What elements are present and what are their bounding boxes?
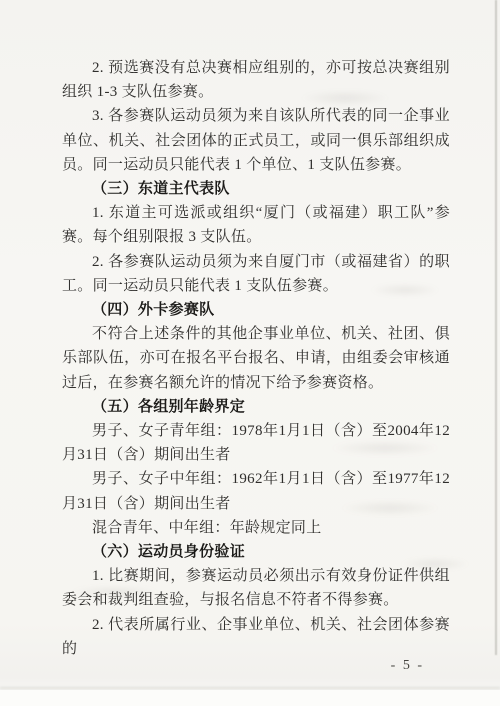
paragraph: 3. 各参赛队运动员须为来自该队所代表的同一企事业单位、机关、社会团体的正式员工…: [62, 104, 450, 177]
page-edge-shadow-bottom: [0, 687, 500, 689]
paragraph: 男子、女子青年组：1978年1月1日（含）至2004年12月31日（含）期间出生…: [62, 419, 450, 467]
paragraph: 不符合上述条件的其他企事业单位、机关、社团、俱乐部队伍，亦可在报名平台报名、申请…: [62, 322, 450, 395]
paragraph: 2. 代表所属行业、企事业单位、机关、社会团体参赛的: [62, 613, 450, 661]
paragraph: 混合青年、中年组：年龄规定同上: [62, 516, 450, 540]
paragraph: 1. 比赛期间，参赛运动员必须出示有效身份证件供组委会和裁判组查验，与报名信息不…: [62, 564, 450, 612]
section-heading: （六）运动员身份验证: [62, 540, 450, 564]
page-number: - 5 -: [391, 658, 424, 674]
scanned-document-page: 2. 预选赛没有总决赛相应组别的，亦可按总决赛组别组织 1-3 支队伍参赛。3.…: [0, 0, 500, 706]
section-heading: （三）东道主代表队: [62, 177, 450, 201]
paragraph: 男子、女子中年组：1962年1月1日（含）至1977年12月31日（含）期间出生…: [62, 467, 450, 515]
scanner-background-strip: [0, 690, 500, 706]
section-heading: （四）外卡参赛队: [62, 298, 450, 322]
paragraph: 2. 各参赛队运动员须为来自厦门市（或福建省）的职工。同一运动员只能代表 1 支…: [62, 250, 450, 298]
section-heading: （五）各组别年龄界定: [62, 395, 450, 419]
page-edge-shadow-right: [495, 0, 497, 655]
paragraph: 2. 预选赛没有总决赛相应组别的，亦可按总决赛组别组织 1-3 支队伍参赛。: [62, 56, 450, 104]
paragraph: 1. 东道主可选派或组织“厦门（或福建）职工队”参赛。每个组别限报 3 支队伍。: [62, 201, 450, 249]
document-body: 2. 预选赛没有总决赛相应组别的，亦可按总决赛组别组织 1-3 支队伍参赛。3.…: [62, 56, 450, 661]
